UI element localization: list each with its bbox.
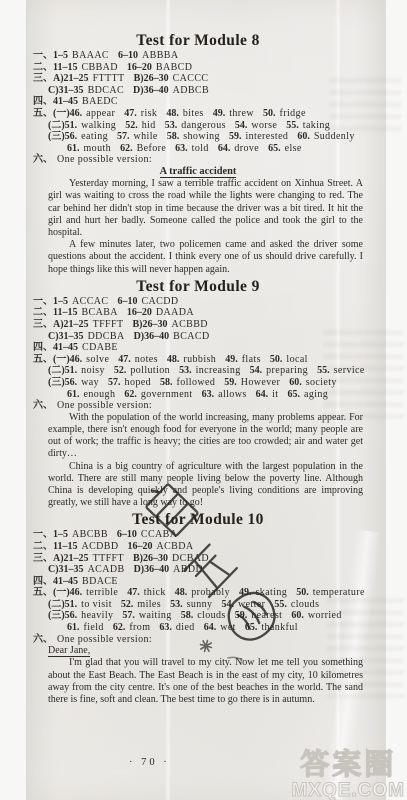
answer-line: 一、1–5ACCAC6–10CACDD [33,296,363,308]
answer-line: (三)56.heavily57.waiting58.clouds59.neare… [33,610,363,622]
essay-title: A traffic accident [33,166,363,178]
module-9-title: Test for Module 9 [33,278,363,295]
answer-line: 四、41–45BDACE [33,576,363,588]
module-9-answers: 一、1–5ACCAC6–10CACDD二、11–15BCABA16–20DAAD… [33,296,363,412]
answer-line: 三、A)21–25TFFFTB)26–30ACBBD [33,319,363,331]
answer-line: 五、(一)46.terrible47.thick48.probably49.sk… [33,587,363,599]
answer-line: 五、(一)46.appear47.risk48.bites49.threw50.… [33,108,363,120]
answer-line: 三、A)21–25TTFFTB)26–30DCBAD [33,553,363,565]
answer-line: 二、11–15ACDBD16–20ACBDA [33,541,363,553]
essay-paragraph: China is a big country of agriculture wi… [33,461,363,510]
module-10-section: Test for Module 10 一、1–5ABCBB6–10CCABA二、… [33,511,363,706]
module-9-section: Test for Module 9 一、1–5ACCAC6–10CACDD二、1… [33,278,363,510]
page-number: · 70 · [129,757,170,768]
answer-line: 四、41–45CDABE [33,342,363,354]
essay-paragraph: A few minutes later, two policemen came … [33,239,363,276]
essay-paragraph: I'm glad that you will travel to my city… [33,657,363,706]
answer-line: 三、A)21–25FTTTTB)26–30CACCC [33,73,363,85]
letter-salutation-text: Dear Jane, [48,645,90,657]
answer-line: C)31–35DDCBAD)36–40BCACD [33,331,363,343]
module-10-title: Test for Module 10 [33,511,363,528]
answer-line: (三)56.way57.hoped58.followed59.However60… [33,377,363,389]
letter-salutation: Dear Jane, [33,645,363,657]
answer-line: 二、11–15BCABA16–20DAADA [33,307,363,319]
essay-title-text: A traffic accident [160,166,237,179]
module-10-answers: 一、1–5ABCBB6–10CCABA二、11–15ACDBD16–20ACBD… [33,529,363,645]
answer-line: 一、1–5ABCBB6–10CCABA [33,529,363,541]
answer-line: 六、One possible version: [33,400,363,412]
module-8-title: Test for Module 8 [33,32,363,49]
answer-line: 二、11–15CBBAD16–20BABCD [33,62,363,74]
answer-line: (二)51.noisy52.pollution53.increasing54.p… [33,365,363,377]
module-8-answers: 一、1–5BAAAC6–10ABBBA二、11–15CBBAD16–20BABC… [33,50,363,166]
essay-paragraph: With the population of the world increas… [33,412,363,461]
answer-line: 四、41–45BAEDC [33,96,363,108]
answer-line: 一、1–5BAAAC6–10ABBBA [33,50,363,62]
answer-line: 61.field62.from63.died64.wet65.thankful [33,622,363,634]
answer-line: (二)51.walking52.hid53.dangerous54.worse5… [33,120,363,132]
answer-line: 五、(一)46.solve47.notes48.rubbish49.flats5… [33,354,363,366]
essay-paragraph: Yesterday morning, I saw a terrible traf… [33,178,363,239]
scanned-page: Test for Module 8 一、1–5BAAAC6–10ABBBA二、1… [26,0,386,800]
answer-line: (三)56.eating57.while58.showing59.interes… [33,131,363,143]
answer-line: C)31–35ACADBD)36–40ABDD [33,564,363,576]
answer-line: (二)51.to visit52.miles53.sunny54.wetter5… [33,599,363,611]
answer-line: 61.mouth62.Before63.told64.drove65.else [33,143,363,155]
page-content: Test for Module 8 一、1–5BAAAC6–10ABBBA二、1… [33,30,363,706]
module-8-section: Test for Module 8 一、1–5BAAAC6–10ABBBA二、1… [33,32,363,276]
answer-line: 六、One possible version: [33,154,363,166]
answer-line: 61.enough62.government63.allows64.it65.a… [33,389,363,401]
answer-line: 六、One possible version: [33,634,363,646]
answer-line: C)31–35BDCACD)36–40ADBCB [33,85,363,97]
